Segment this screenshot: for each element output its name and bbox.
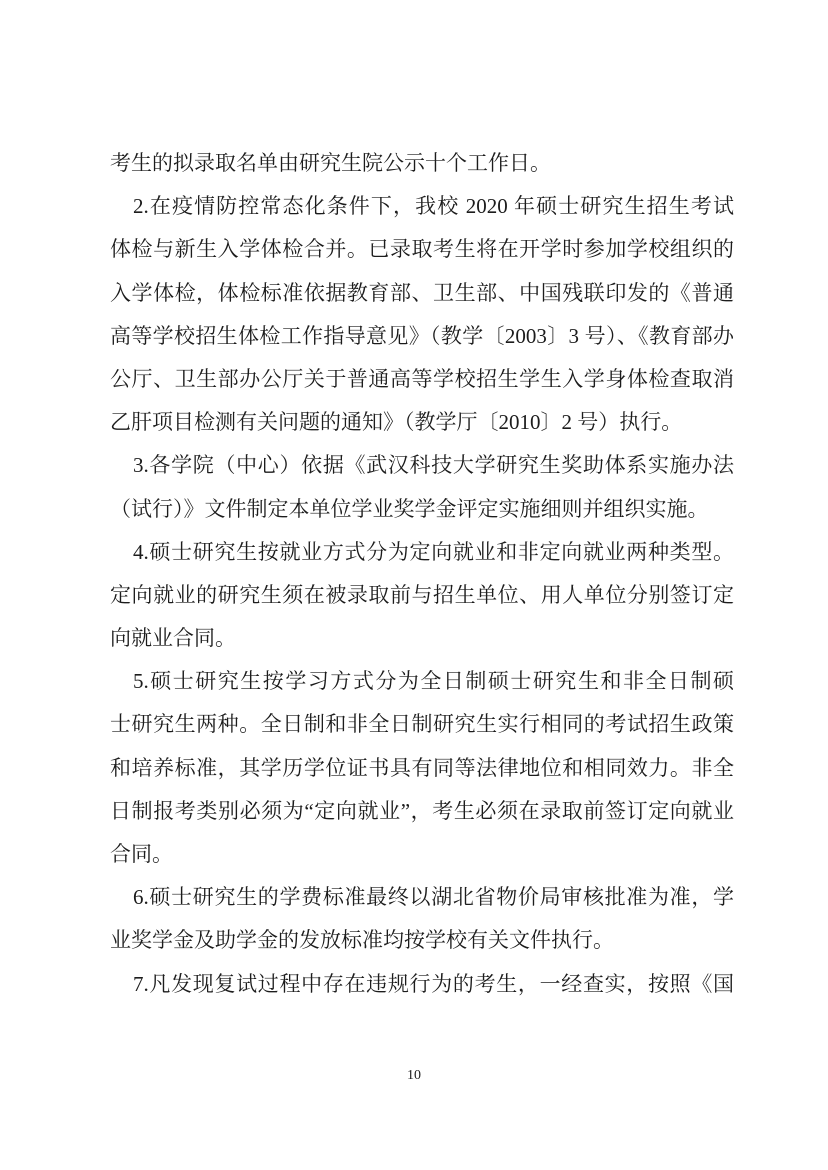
document-line: 向就业合同。 bbox=[110, 617, 734, 660]
page-number: 10 bbox=[0, 1066, 828, 1086]
document-line: 5.硕士研究生按学习方式分为全日制硕士研究生和非全日制硕 bbox=[110, 660, 734, 703]
document-line: 日制报考类别必须为“定向就业”，考生必须在录取前签订定向就业 bbox=[110, 790, 734, 833]
document-line: 士研究生两种。全日制和非全日制研究生实行相同的考试招生政策 bbox=[110, 703, 734, 746]
document-line: 3.各学院（中心）依据《武汉科技大学研究生奖助体系实施办法 bbox=[110, 444, 734, 487]
document-line: 业奖学金及助学金的发放标准均按学校有关文件执行。 bbox=[110, 919, 734, 962]
document-line: 体检与新生入学体检合并。已录取考生将在开学时参加学校组织的 bbox=[110, 228, 734, 271]
document-line: 合同。 bbox=[110, 833, 734, 876]
document-line: 高等学校招生体检工作指导意见》（教学〔2003〕3 号）、《教育部办 bbox=[110, 315, 734, 358]
document-line: 定向就业的研究生须在被录取前与招生单位、用人单位分别签订定 bbox=[110, 574, 734, 617]
document-line: 和培养标准，其学历学位证书具有同等法律地位和相同效力。非全 bbox=[110, 747, 734, 790]
document-line: （试行）》文件制定本单位学业奖学金评定实施细则并组织实施。 bbox=[110, 488, 734, 531]
document-page: 考生的拟录取名单由研究生院公示十个工作日。 2.在疫情防控常态化条件下，我校 2… bbox=[0, 0, 828, 1170]
document-line: 公厅、卫生部办公厅关于普通高等学校招生学生入学身体检查取消 bbox=[110, 358, 734, 401]
document-text-block: 考生的拟录取名单由研究生院公示十个工作日。 2.在疫情防控常态化条件下，我校 2… bbox=[110, 142, 734, 1006]
document-line: 入学体检，体检标准依据教育部、卫生部、中国残联印发的《普通 bbox=[110, 272, 734, 315]
document-line: 考生的拟录取名单由研究生院公示十个工作日。 bbox=[110, 142, 734, 185]
document-line: 4.硕士研究生按就业方式分为定向就业和非定向就业两种类型。 bbox=[110, 531, 734, 574]
document-line: 6.硕士研究生的学费标准最终以湖北省物价局审核批准为准，学 bbox=[110, 876, 734, 919]
document-line: 乙肝项目检测有关问题的通知》（教学厅〔2010〕2 号）执行。 bbox=[110, 401, 734, 444]
document-line: 7.凡发现复试过程中存在违规行为的考生，一经查实，按照《国 bbox=[110, 963, 734, 1006]
document-line: 2.在疫情防控常态化条件下，我校 2020 年硕士研究生招生考试 bbox=[110, 185, 734, 228]
